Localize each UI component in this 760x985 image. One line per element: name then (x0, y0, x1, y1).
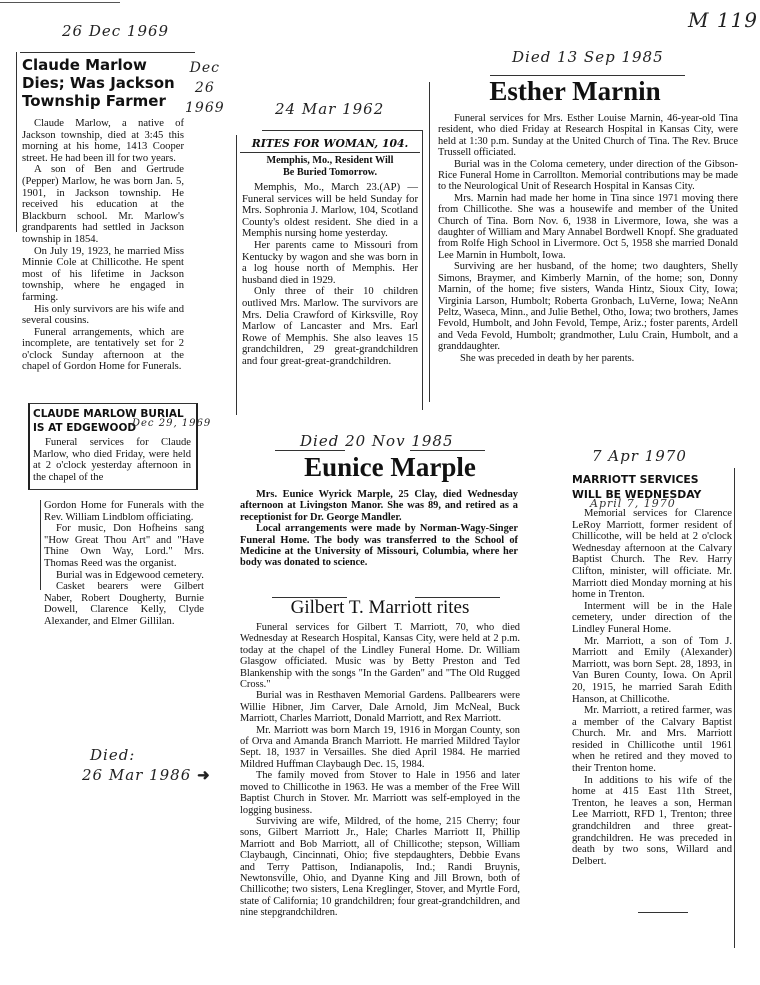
divider (275, 450, 345, 451)
divider (240, 152, 420, 153)
scan-edge-line (0, 2, 120, 3)
paragraph: Funeral services for Claude Marlow, who … (33, 437, 191, 483)
paragraph: Burial was in Resthaven Memorial Gardens… (240, 690, 520, 724)
gilbert-marriott-body: Funeral services for Gilbert T. Marriott… (240, 622, 520, 919)
paragraph: Memphis, Mo., March 23.(AP) —Funeral ser… (242, 182, 418, 240)
handwritten-date: Dec 29, 1969 (132, 418, 211, 429)
gilbert-marriott-headline: Gilbert T. Marriott rites (240, 597, 520, 619)
paragraph: In additions to his wife of the home at … (572, 775, 732, 868)
note-date: 26 Mar 1986 (82, 766, 191, 784)
handwritten-date: Died 20 Nov 1985 (300, 432, 454, 450)
headline-line: Dies; Was Jackson (22, 74, 197, 92)
clipping-border (236, 135, 237, 415)
paragraph: Funeral services for Gilbert T. Marriott… (240, 622, 520, 690)
paragraph: Casket bearers were Gilbert Naber, Rober… (44, 581, 204, 627)
paragraph: Interment will be in the Hale cemetery, … (572, 601, 732, 636)
claude-marlow-body: Claude Marlow, a native of Jackson towns… (22, 118, 184, 373)
rites-body: Memphis, Mo., March 23.(AP) —Funeral ser… (242, 182, 418, 368)
paragraph: Surviving are her husband, of the home; … (438, 261, 738, 352)
headline-line: Claude Marlow (22, 56, 197, 74)
burial-body: Gordon Home for Funerals with the Rev. W… (44, 500, 204, 628)
clipping-border (40, 500, 41, 590)
eunice-marple-body: Mrs. Eunice Wyrick Marple, 25 Clay, died… (240, 489, 518, 569)
paragraph: A son of Ben and Gertrude (Pepper) Marlo… (22, 164, 184, 245)
divider (262, 130, 422, 131)
paragraph: His only survivors are his wife and seve… (22, 304, 184, 327)
paragraph: Local arrangements were made by Norman-W… (240, 523, 518, 569)
paragraph: Mr. Marriott was born March 19, 1916 in … (240, 725, 520, 771)
paragraph: Claude Marlow, a native of Jackson towns… (22, 118, 184, 164)
headline-line: Township Farmer (22, 92, 197, 110)
claude-marlow-headline: Claude Marlow Dies; Was Jackson Township… (22, 56, 197, 110)
margin-note-line: 26 (185, 78, 225, 98)
handwritten-date: Died 13 Sep 1985 (512, 48, 664, 66)
paragraph: Mr. Marriott, a son of Tom J. Marriott a… (572, 636, 732, 706)
paragraph: Mrs. Eunice Wyrick Marple, 25 Clay, died… (240, 489, 518, 523)
margin-note-line: 1969 (185, 98, 225, 118)
eunice-marple-headline: Eunice Marple (240, 452, 540, 483)
rites-headline: RITES FOR WOMAN, 104. (240, 137, 420, 150)
paragraph: Mr. Marriott, a retired farmer, was a me… (572, 705, 732, 775)
margin-note-date: Dec 26 1969 (185, 58, 225, 118)
paragraph: Surviving are wife, Mildred, of the home… (240, 816, 520, 919)
margin-note-line: Dec (185, 58, 225, 78)
note-line: 26 Mar 1986 ➜ (82, 765, 211, 785)
handwritten-date: 7 Apr 1970 (592, 447, 687, 465)
paragraph: Funeral services for Mrs. Esther Louise … (438, 113, 738, 159)
clipping-border (422, 130, 423, 410)
paragraph: For music, Don Hofheins sang "How Great … (44, 523, 204, 569)
clipping-border (429, 82, 430, 402)
divider (410, 450, 485, 451)
marriott-services-body: Memorial services for Clarence LeRoy Mar… (572, 508, 732, 867)
note-line: Died: (82, 745, 211, 765)
paragraph: She was preceded in death by her parents… (438, 353, 738, 364)
esther-marnin-body: Funeral services for Mrs. Esther Louise … (438, 113, 738, 364)
handwritten-date: 26 Dec 1969 (62, 22, 169, 40)
paragraph: On July 19, 1923, he married Miss Minnie… (22, 246, 184, 304)
paragraph: The family moved from Stover to Hale in … (240, 770, 520, 816)
paragraph: Gordon Home for Funerals with the Rev. W… (44, 500, 204, 523)
clipping-border (734, 468, 735, 948)
burial-boxed-text: Funeral services for Claude Marlow, who … (33, 437, 191, 483)
arrow-right-icon: ➜ (197, 766, 211, 784)
handwritten-date: 24 Mar 1962 (275, 100, 384, 118)
subhead-line: Be Buried Tomorrow. (240, 167, 420, 179)
clipping-border (16, 52, 17, 232)
handwritten-died-note: Died: 26 Mar 1986 ➜ (82, 745, 211, 785)
headline-line: MARRIOTT SERVICES (572, 472, 701, 487)
page-reference: M 119 (688, 8, 758, 32)
subhead-line: Memphis, Mo., Resident Will (240, 155, 420, 167)
paragraph: Memorial services for Clarence LeRoy Mar… (572, 508, 732, 601)
paragraph: Her parents came to Missouri from Kentuc… (242, 240, 418, 286)
paragraph: Funeral arrangements, which are incomple… (22, 327, 184, 373)
end-rule (638, 912, 688, 913)
paragraph: Burial was in the Coloma cemetery, under… (438, 159, 738, 193)
paragraph: Mrs. Marnin had made her home in Tina si… (438, 193, 738, 261)
paragraph: Only three of their 10 children outlived… (242, 286, 418, 367)
esther-marnin-headline: Esther Marnin (430, 76, 720, 107)
paragraph: Burial was in Edgewood cemetery. (44, 570, 204, 582)
divider (20, 52, 195, 53)
rites-subhead: Memphis, Mo., Resident Will Be Buried To… (240, 155, 420, 178)
